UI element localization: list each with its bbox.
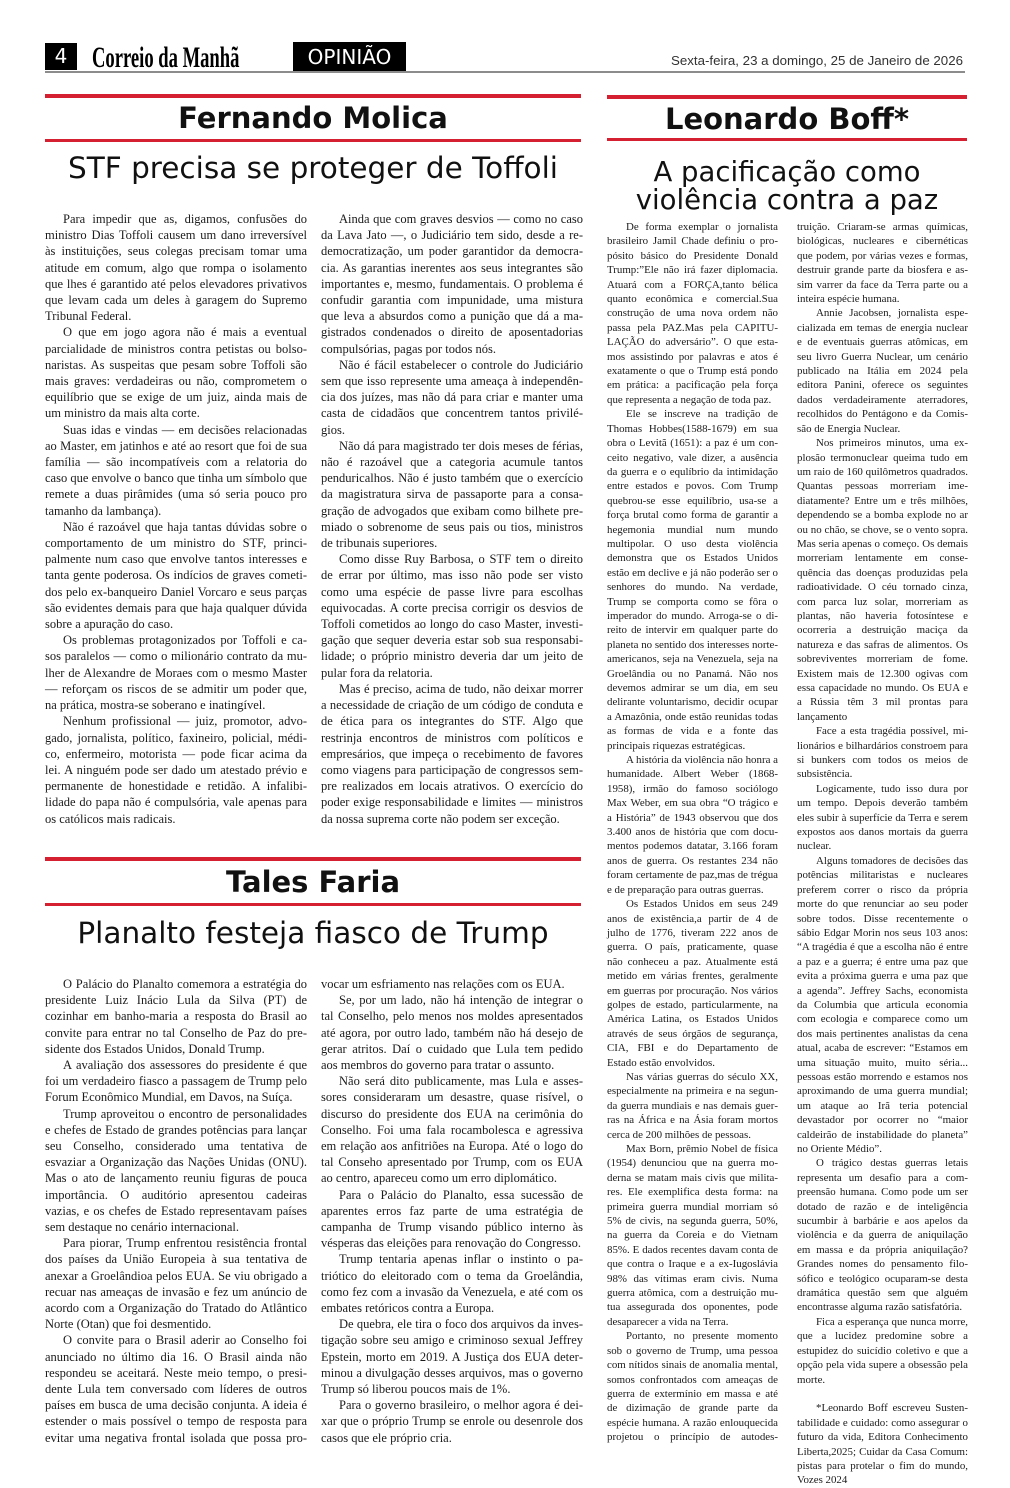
article-paragraph: Logicamente, tudo isso dura por um tempo… xyxy=(797,782,968,854)
article-paragraph: Suas idas e vindas — em decisões relacio… xyxy=(45,422,307,519)
article-paragraph-continued: O convite para o Brasil aderir ao Consel… xyxy=(45,1332,307,1445)
article-paragraph: Para o governo brasileiro, o melhor agor… xyxy=(321,1397,583,1446)
columnist-name: Fernando Molica xyxy=(45,101,581,135)
article-paragraph: Nos primeiros minutos, uma ex­plosão ter… xyxy=(797,436,968,724)
article-paragraph: Trump aproveitou o encontro de personali… xyxy=(45,1106,307,1236)
article-paragraph: Trump tentaria apenas inflar o instinto … xyxy=(321,1251,583,1316)
text-column-2: Ainda que com graves desvios — como no c… xyxy=(321,211,583,827)
article-paragraph: Não é fácil estabelecer o controle do Ju… xyxy=(321,357,583,438)
headline-line: A pacificação como xyxy=(607,158,967,186)
article-paragraph: Não é razoável que haja tantas dúvidas s… xyxy=(45,519,307,632)
article-paragraph-continuation: vocar um esfriamento nas relações com os… xyxy=(321,976,583,992)
author-footnote: *Leonardo Boff escreveu Susten­tabilidad… xyxy=(797,1401,968,1487)
article-headline: STF precisa se proteger de Toffoli xyxy=(45,151,581,185)
article-paragraph: A avaliação dos assessores do presidente… xyxy=(45,1057,307,1106)
text-column-2: vocar um esfriamento nas relações com os… xyxy=(321,976,583,1446)
article-paragraph: Para impedir que as, digamos, confusões … xyxy=(45,211,307,324)
text-column-2: truição. Criaram-se armas químicas, biol… xyxy=(797,220,968,1488)
article-paragraph: Max Born, prêmio Nobel de física (1954) … xyxy=(607,1142,778,1329)
columnist-name: Tales Faria xyxy=(45,865,581,899)
article-paragraph: Face a esta tragédia possível, mi­lionár… xyxy=(797,724,968,782)
text-column-1: De forma exemplar o jornalista brasileir… xyxy=(607,220,778,1445)
header-divider xyxy=(45,71,965,73)
article-headline: Planalto festeja fiasco de Trump xyxy=(45,916,581,950)
article-paragraph: Se, por um lado, não há intenção de inte… xyxy=(321,992,583,1073)
text-column-1: Para impedir que as, digamos, confusões … xyxy=(45,211,307,827)
article-paragraph: Ainda que com graves desvios — como no c… xyxy=(321,211,583,357)
article-paragraph: De quebra, ele tira o foco dos arquivos … xyxy=(321,1316,583,1397)
article-headline: A pacificação como violência contra a pa… xyxy=(607,158,967,214)
page-number-badge: 4 xyxy=(45,43,77,70)
text-column-1: O Palácio do Planalto comemora a estraté… xyxy=(45,976,307,1446)
article-paragraph: Annie Jacobsen, jornalista espe­cializad… xyxy=(797,306,968,436)
article-paragraph: Nenhum profissional — juiz, promotor, ad… xyxy=(45,713,307,826)
article-paragraph: Os Estados Unidos em seus 249 anos de ex… xyxy=(607,897,778,1070)
article-paragraph: Não será dito publicamente, mas Lula e a… xyxy=(321,1073,583,1186)
article-paragraph: A história da violência não honra a huma… xyxy=(607,753,778,897)
newspaper-masthead: Correio da Manhã xyxy=(92,43,239,73)
article-paragraph: Ele se inscreve na tradição de Thomas Ho… xyxy=(607,407,778,753)
article-paragraph-continued: Portanto, no presente momento sob o gove… xyxy=(607,1329,778,1444)
headline-line: violência contra a paz xyxy=(607,186,967,214)
article-paragraph: O Palácio do Planalto comemora a estraté… xyxy=(45,976,307,1057)
red-rule-top xyxy=(607,95,967,99)
article-paragraph: O que em jogo agora não é mais a eventua… xyxy=(45,324,307,421)
red-rule-bottom xyxy=(45,903,581,906)
article-paragraph-continuation: truição. Criaram-se armas químicas, biol… xyxy=(797,220,968,306)
edition-date: Sexta-feira, 23 a domingo, 25 de Janeiro… xyxy=(671,53,963,69)
article-paragraph: Alguns tomadores de decisões das potênci… xyxy=(797,854,968,1157)
red-rule-top xyxy=(45,857,581,861)
section-label: OPINIÃO xyxy=(293,42,406,72)
article-paragraph: Os problemas protagonizados por Toffoli … xyxy=(45,632,307,713)
article-paragraph: Para piorar, Trump enfrentou resistência… xyxy=(45,1235,307,1332)
red-rule-top xyxy=(45,94,581,98)
article-paragraph: Como disse Ruy Barbosa, o STF tem o dire… xyxy=(321,551,583,681)
article-paragraph: De forma exemplar o jornalista brasileir… xyxy=(607,220,778,407)
red-rule-bottom xyxy=(45,139,581,142)
columnist-name: Leonardo Boff* xyxy=(607,102,967,136)
article-paragraph: Nas várias guerras do século XX, especia… xyxy=(607,1070,778,1142)
article-paragraph: Fica a esperança que nunca morre, que a … xyxy=(797,1315,968,1387)
red-rule-bottom xyxy=(607,138,967,141)
article-paragraph: Não dá para magistrado ter dois meses de… xyxy=(321,438,583,551)
article-paragraph: Mas é preciso, acima de tudo, não deixar… xyxy=(321,681,583,827)
article-paragraph: O trágico destas guerras letais represen… xyxy=(797,1156,968,1314)
article-paragraph: Para o Palácio do Planalto, essa sucessã… xyxy=(321,1187,583,1252)
